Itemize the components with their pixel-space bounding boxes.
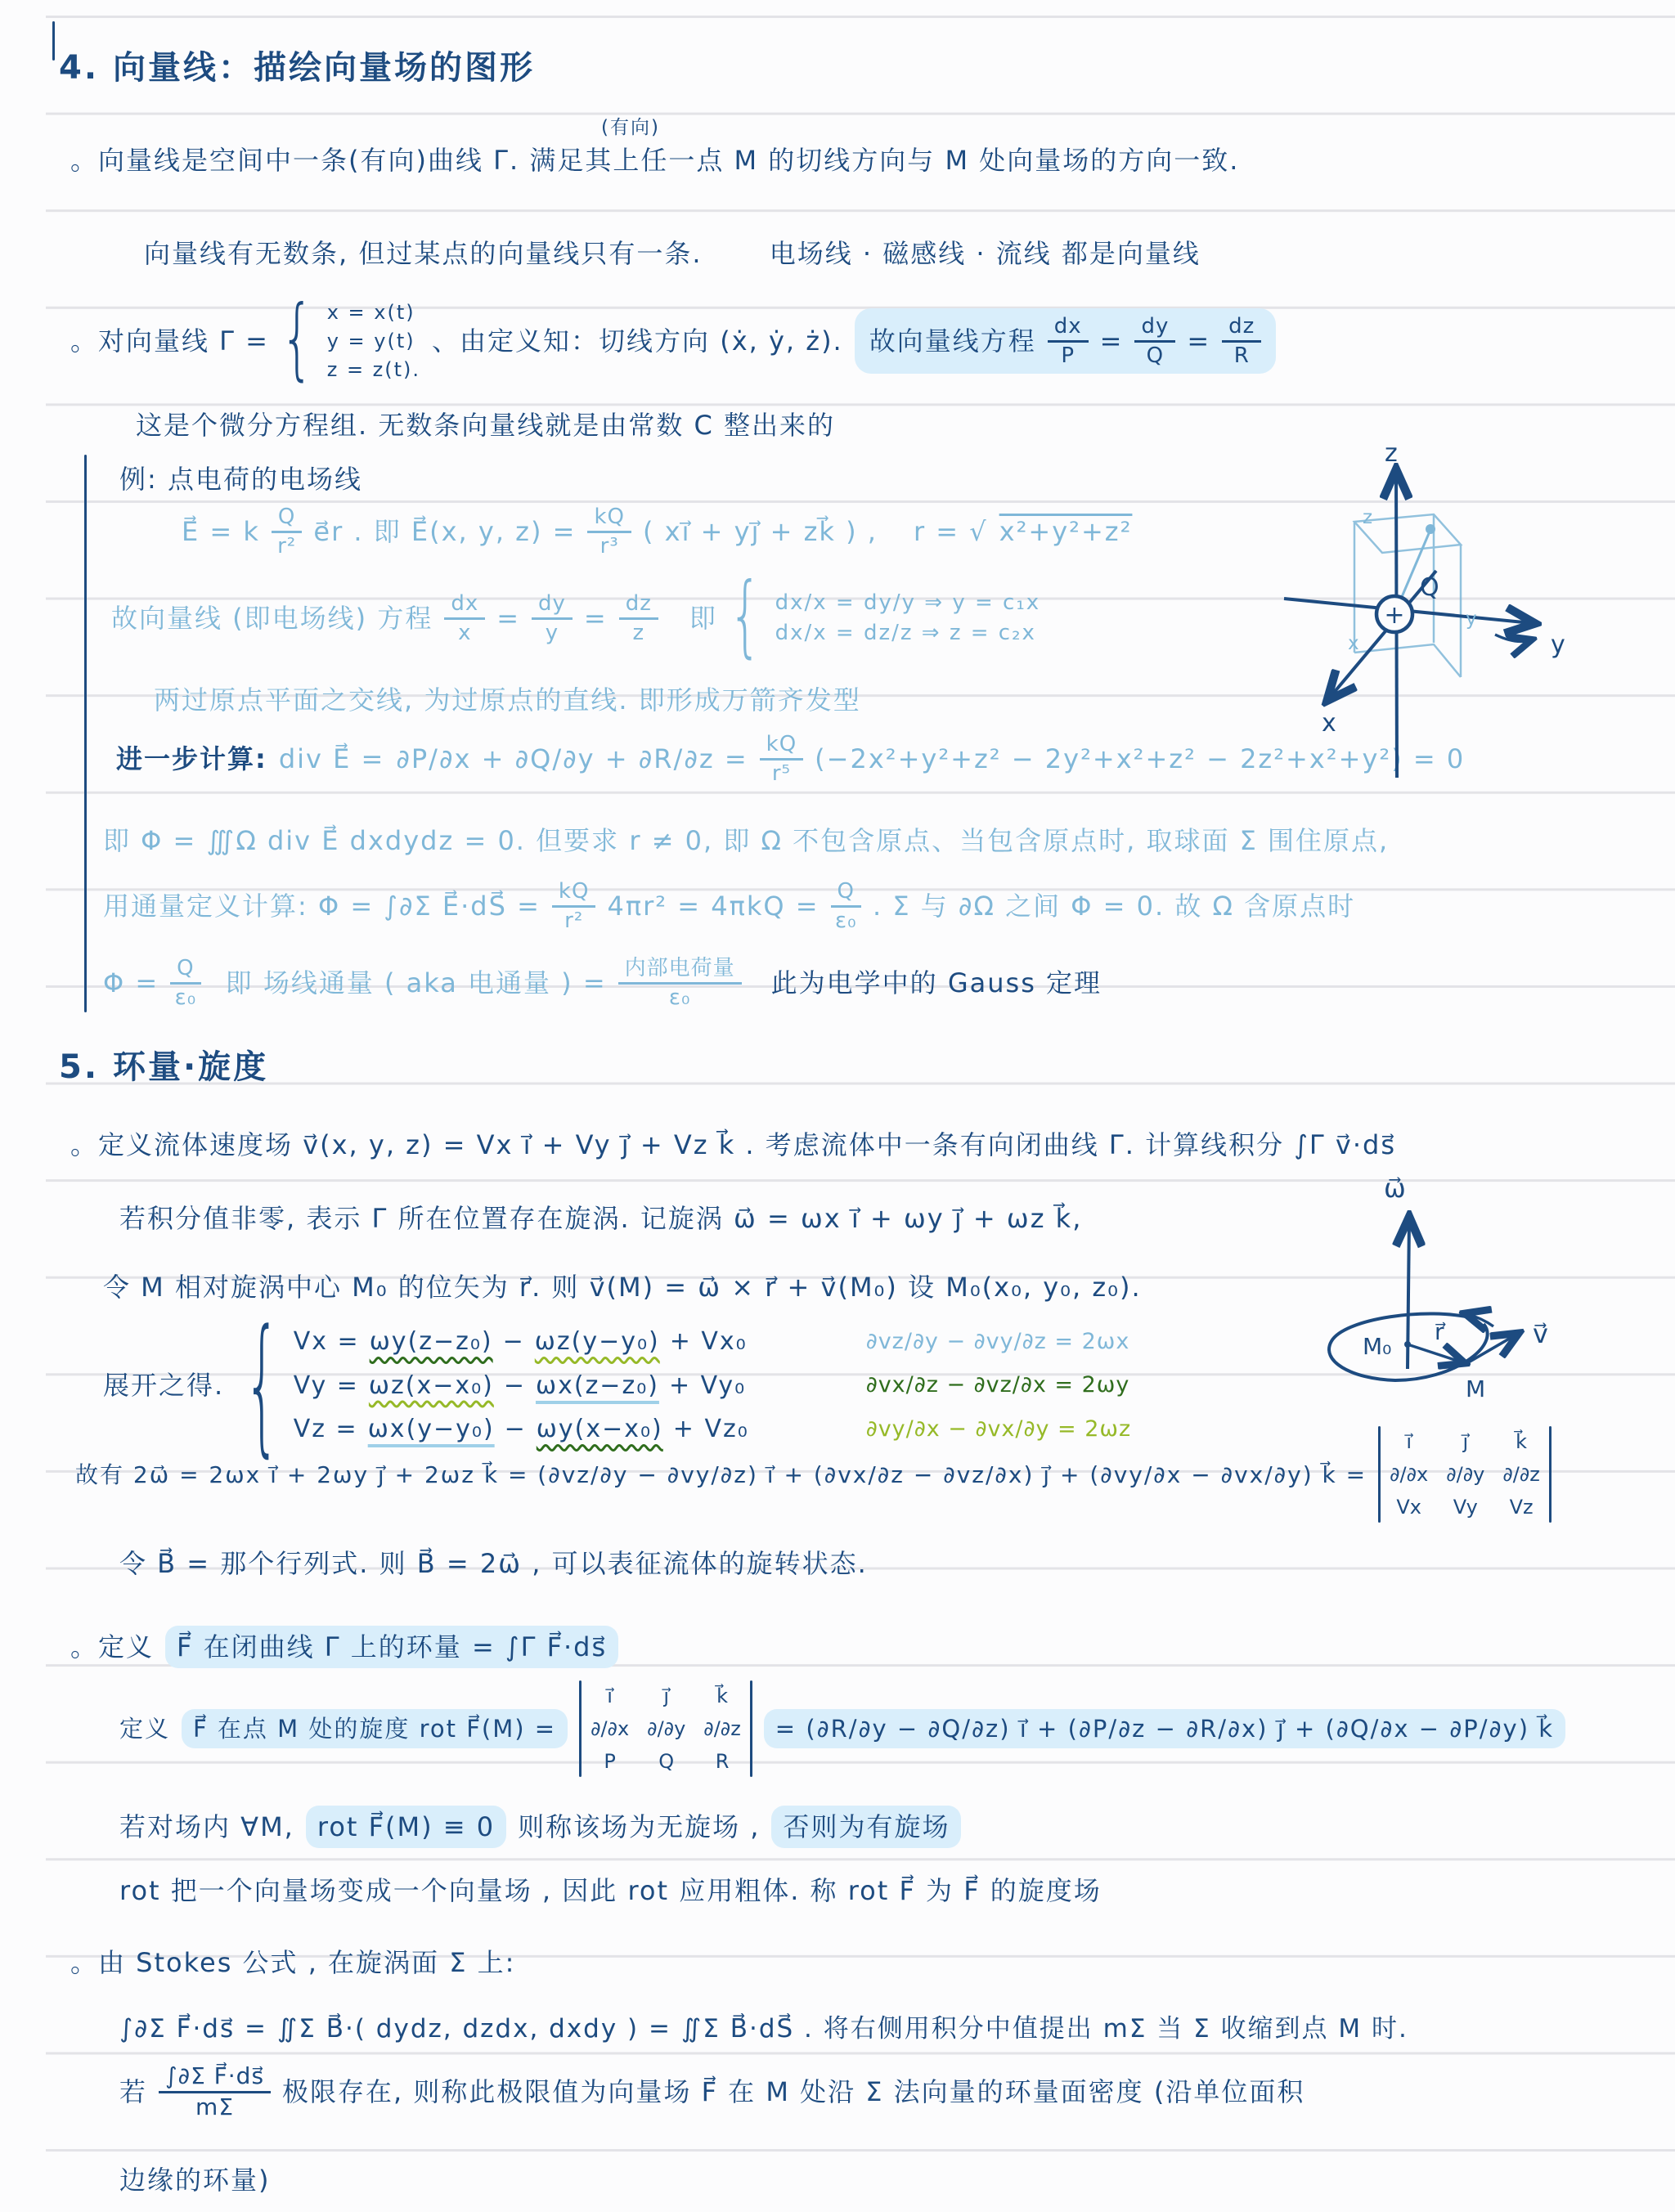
rot-pre: 定义 [119, 1714, 170, 1743]
frac-dy-Q: dyQ [1134, 315, 1175, 367]
vortex-diagram: ω⃗ M₀ r⃗ M v⃗ [1305, 1158, 1675, 1420]
irrotational-line: 若对场内 ∀M, rot F⃗(M) ≡ 0 则称该场为无旋场 , 否则为有旋场 [119, 1806, 961, 1848]
frac-kQ-r3: kQr³ [587, 505, 631, 558]
coordinate-axes-diagram: + z y x Q z y x [1250, 438, 1671, 798]
stokes-equation: ∫∂Σ F⃗·ds⃗ = ∬Σ B⃗·( dydz, dzdx, dxdy ) … [119, 2013, 1408, 2045]
lines-label: 故向量线 (即电场线) 方程 [111, 602, 433, 635]
param-y: y = y(t) [327, 330, 420, 353]
curl-formula: 故有 2ω⃗ = 2ωx i⃗ + 2ωy j⃗ + 2ωz k⃗ = (∂vz… [75, 1460, 1367, 1489]
frac-Q-eps: Qε₀ [831, 880, 861, 932]
flux-calc-line: 用通量定义计算: Φ = ∫∂Σ E⃗·dS⃗ = kQr² 4πr² = 4π… [103, 880, 1355, 932]
minus-sign: − [503, 1326, 525, 1357]
examples-text: 电场线 · 磁感线 · 流线 都是向量线 [770, 238, 1201, 269]
stokes-limit-cont: 边缘的环量) [119, 2164, 271, 2196]
sys-row-1: dx/x = dy/y ⇒ y = c₁x [775, 590, 1041, 616]
frac-Q-r2: Qr² [272, 505, 302, 558]
field-c: ( xi⃗ + yj⃗ + zk⃗ ) , [643, 515, 878, 548]
stokes-limit-line: 若 ∫∂Σ F⃗·ds⃗mΣ 极限存在, 则称此极限值为向量场 F⃗ 在 M 处… [119, 2064, 1305, 2120]
m-point-label: M [1466, 1375, 1485, 1402]
ode-note: 这是个微分方程组. 无数条向量线就是由常数 C 整出来的 [136, 409, 835, 442]
v-vector [1466, 1335, 1516, 1364]
irrot-highlight-1: rot F⃗(M) ≡ 0 [306, 1806, 506, 1848]
r-vector [1408, 1344, 1462, 1362]
eq-rhs: + Vy₀ [669, 1371, 746, 1402]
lim-post: 极限存在, 则称此极限值为向量场 F⃗ 在 M 处沿 Σ 法向量的环量面密度 (… [282, 2075, 1305, 2108]
equals-sign: = [1100, 325, 1124, 357]
partial-relation-x: ∂vz/∂y − ∂vy/∂z = 2ωx [866, 1328, 1130, 1356]
calc-label: 进一步计算: [116, 743, 267, 775]
gauss-b: 即 场线通量 ( aka 电通量 ) = [226, 967, 607, 999]
rotation-hint-arrow [1495, 635, 1529, 641]
field-a: E⃗ = k [182, 515, 260, 548]
parametric-line: 。对向量线 Γ = { x = x(t) y = y(t) z = z(t). … [70, 301, 1276, 381]
rot-definition: 定义 F⃗ 在点 M 处的旋度 rot F⃗(M) = i⃗j⃗k⃗ ∂/∂x∂… [119, 1680, 1565, 1777]
box-y-label: y [1466, 608, 1477, 630]
frac-dx-x: dxx [444, 592, 485, 644]
field-b: e⃗r . 即 E⃗(x, y, z) = [313, 515, 576, 548]
param-z: z = z(t). [327, 358, 420, 382]
section4-title: 4. 向量线：描绘向量场的图形 [59, 47, 535, 88]
circulation-density-frac: ∫∂Σ F⃗·ds⃗mΣ [159, 2064, 271, 2120]
rot-highlight-1: F⃗ 在点 M 处的旋度 rot F⃗(M) = [182, 1709, 568, 1748]
circulation-highlight: F⃗ 在闭曲线 Γ 上的环量 = ∫Γ F⃗·ds⃗ [165, 1626, 618, 1668]
flux-calc-c: . Σ 与 ∂Ω 之间 Φ = 0. 故 Ω 含原点时 [873, 890, 1355, 922]
box-x-label: x [1348, 633, 1359, 654]
param-x: x = x(t) [327, 301, 420, 325]
eq-term2: ωx(z−z₀) [536, 1371, 659, 1402]
e-field-formula: E⃗ = k Qr² e⃗r . 即 E⃗(x, y, z) = kQr³ ( … [182, 505, 1132, 558]
equals-sign: = [584, 602, 608, 635]
eq-term1: ωz(x−x₀) [369, 1371, 494, 1402]
plus-sign: + [1384, 601, 1404, 630]
lim-pre: 若 [119, 2075, 147, 2108]
charge-label: Q [1420, 573, 1439, 602]
omega-label: ω⃗ [1384, 1173, 1406, 1204]
v-label: v⃗ [1533, 1318, 1548, 1349]
example-margin-line [84, 455, 87, 1012]
flux-calc-a: 用通量定义计算: Φ = ∫∂Σ E⃗·dS⃗ = [103, 890, 541, 922]
frac-dz-z: dzz [619, 592, 658, 644]
irrot-pre: 若对场内 ∀M, [119, 1810, 294, 1843]
minus-sign: − [504, 1371, 526, 1402]
section5-title: 5. 环量·旋度 [59, 1047, 268, 1088]
b-determinant-line: 令 B⃗ = 那个行列式. 则 B⃗ = 2ω⃗ , 可以表征流体的旋转状态. [119, 1547, 868, 1580]
curl-vector-line: 故有 2ω⃗ = 2ωx i⃗ + 2ωy j⃗ + 2ωz k⃗ = (∂vz… [75, 1426, 1552, 1523]
uniqueness-text: 向量线有无数条, 但过某点的向量线只有一条. [144, 238, 703, 269]
annotation-directed: (有向) [601, 116, 660, 140]
circ-pre: 。定义 [70, 1631, 154, 1663]
gauss-a: Φ = [103, 967, 159, 999]
eq-term1: ωy(z−z₀) [370, 1326, 493, 1357]
eq-lhs: Vx = [294, 1326, 360, 1357]
expansion-row-y: Vy = ωz(x−x₀) − ωx(z−z₀) + Vy₀ ∂vx/∂z − … [294, 1371, 1131, 1402]
center-label: M₀ [1363, 1333, 1391, 1360]
lines-mid: 即 [689, 602, 717, 635]
gauss-line: Φ = Qε₀ 即 场线通量 ( aka 电通量 ) = 内部电荷量ε₀ 此为电… [103, 957, 1102, 1009]
notebook-page: 4. 向量线：描绘向量场的图形 (有向) 。向量线是空间中一条(有向)曲线 Γ.… [0, 0, 1675, 2212]
determinant-velocity: i⃗j⃗k⃗ ∂/∂x∂/∂y∂/∂z VxVyVz [1378, 1426, 1552, 1523]
radius-def: r = √ [914, 515, 988, 548]
vortex-center-dot [1404, 1341, 1411, 1348]
x-axis-label: x [1322, 709, 1336, 738]
curly-brace: { [729, 578, 764, 658]
frac-kQ-r5: kQr⁵ [760, 733, 804, 785]
y-axis-label: y [1551, 630, 1565, 659]
div-b: ∂P/∂x + ∂Q/∂y + ∂R/∂z = [396, 743, 748, 775]
r-label: r⃗ [1435, 1318, 1446, 1345]
frac-kQ-r2: kQr² [552, 880, 596, 932]
equals-sign: = [1187, 325, 1210, 357]
eq-rhs: + Vx₀ [670, 1326, 748, 1357]
vector-line-definition: 。向量线是空间中一条(有向)曲线 Γ. 满足其上任一点 M 的切线方向与 M 处… [70, 144, 1239, 177]
param-mid: 、由定义知：切线方向 (ẋ, ẏ, ż). [432, 325, 843, 357]
irrot-mid: 则称该场为无旋场 , [518, 1810, 760, 1843]
div-a: div E⃗ = [279, 743, 385, 775]
sys-row-2: dx/x = dz/z ⇒ z = c₂x [775, 621, 1041, 646]
frac-inner-charge: 内部电荷量ε₀ [618, 957, 742, 1009]
expand-label: 展开之得. [103, 1369, 224, 1402]
z-axis-label: z [1385, 439, 1398, 468]
gauss-c: 此为电学中的 Gauss 定理 [771, 967, 1102, 999]
field-line-system: dx/x = dy/y ⇒ y = c₁x dx/x = dz/z ⇒ z = … [775, 590, 1041, 646]
frac-dx-P: dxP [1048, 315, 1089, 367]
partial-relation-y: ∂vx/∂z − ∂vz/∂x = 2ωy [866, 1371, 1130, 1399]
equals-sign: = [496, 602, 520, 635]
flux-zero-line: 即 Φ = ∭Ω div E⃗ dxdydz = 0. 但要求 r ≠ 0, 即… [103, 824, 1389, 857]
loop-direction-arrow [1467, 1314, 1493, 1326]
frac-dz-R: dzR [1222, 315, 1261, 367]
velocity-field-def: 。定义流体速度场 v⃗(x, y, z) = Vx i⃗ + Vy j⃗ + V… [70, 1128, 1396, 1161]
cuboid-wireframe [1354, 514, 1461, 677]
geometry-note: 两过原点平面之交线, 为过原点的直线. 即形成万箭齐发型 [154, 684, 861, 716]
frac-Q-eps-2: Qε₀ [170, 957, 200, 1009]
stokes-intro: 。由 Stokes 公式 , 在旋涡面 Σ 上: [70, 1946, 515, 1979]
param-intro: 。对向量线 Γ = [70, 325, 269, 357]
example-title: 例: 点电荷的电场线 [119, 463, 362, 496]
frac-dy-y: dyy [532, 592, 573, 644]
eq-label: 故向量线方程 [869, 325, 1036, 357]
determinant-force: i⃗j⃗k⃗ ∂/∂x∂/∂y∂/∂z PQR [579, 1680, 752, 1777]
vector-line-equation-highlight: 故向量线方程 dxP = dyQ = dzR [855, 308, 1277, 374]
irrot-highlight-2: 否则为有旋场 [771, 1806, 961, 1848]
eq-lhs: Vy = [294, 1371, 359, 1402]
expansion-row-x: Vx = ωy(z−z₀) − ωz(y−y₀) + Vx₀ ∂vz/∂y − … [294, 1326, 1131, 1357]
margin-tick [52, 21, 55, 61]
curly-brace: { [281, 301, 316, 381]
rot-field-note: rot 把一个向量场变成一个向量场 , 因此 rot 应用粗体. 称 rot F… [119, 1874, 1102, 1907]
vortex-def: 若积分值非零, 表示 Γ 所在位置存在旋涡. 记旋涡 ω⃗ = ωx i⃗ + … [119, 1202, 1082, 1235]
circulation-def: 。定义 F⃗ 在闭曲线 Γ 上的环量 = ∫Γ F⃗·ds⃗ [70, 1626, 618, 1668]
flux-calc-b: 4πr² = 4πkQ = [607, 890, 819, 922]
field-point [1426, 524, 1435, 534]
field-line-equation: 故向量线 (即电场线) 方程 dxx = dyy = dzz 即 { dx/x … [111, 590, 1040, 646]
box-z-label: z [1363, 507, 1372, 528]
eq-term2: ωz(y−y₀) [535, 1326, 660, 1357]
vector-line-uniqueness: 向量线有无数条, 但过某点的向量线只有一条. 电场线 · 磁感线 · 流线 都是… [144, 237, 1201, 270]
param-system: x = x(t) y = y(t) z = z(t). [327, 301, 420, 381]
rot-highlight-2: = (∂R/∂y − ∂Q/∂z) i⃗ + (∂P/∂z − ∂R/∂x) j… [764, 1709, 1565, 1748]
radius-sqrt: x²+y²+z² [999, 515, 1133, 548]
